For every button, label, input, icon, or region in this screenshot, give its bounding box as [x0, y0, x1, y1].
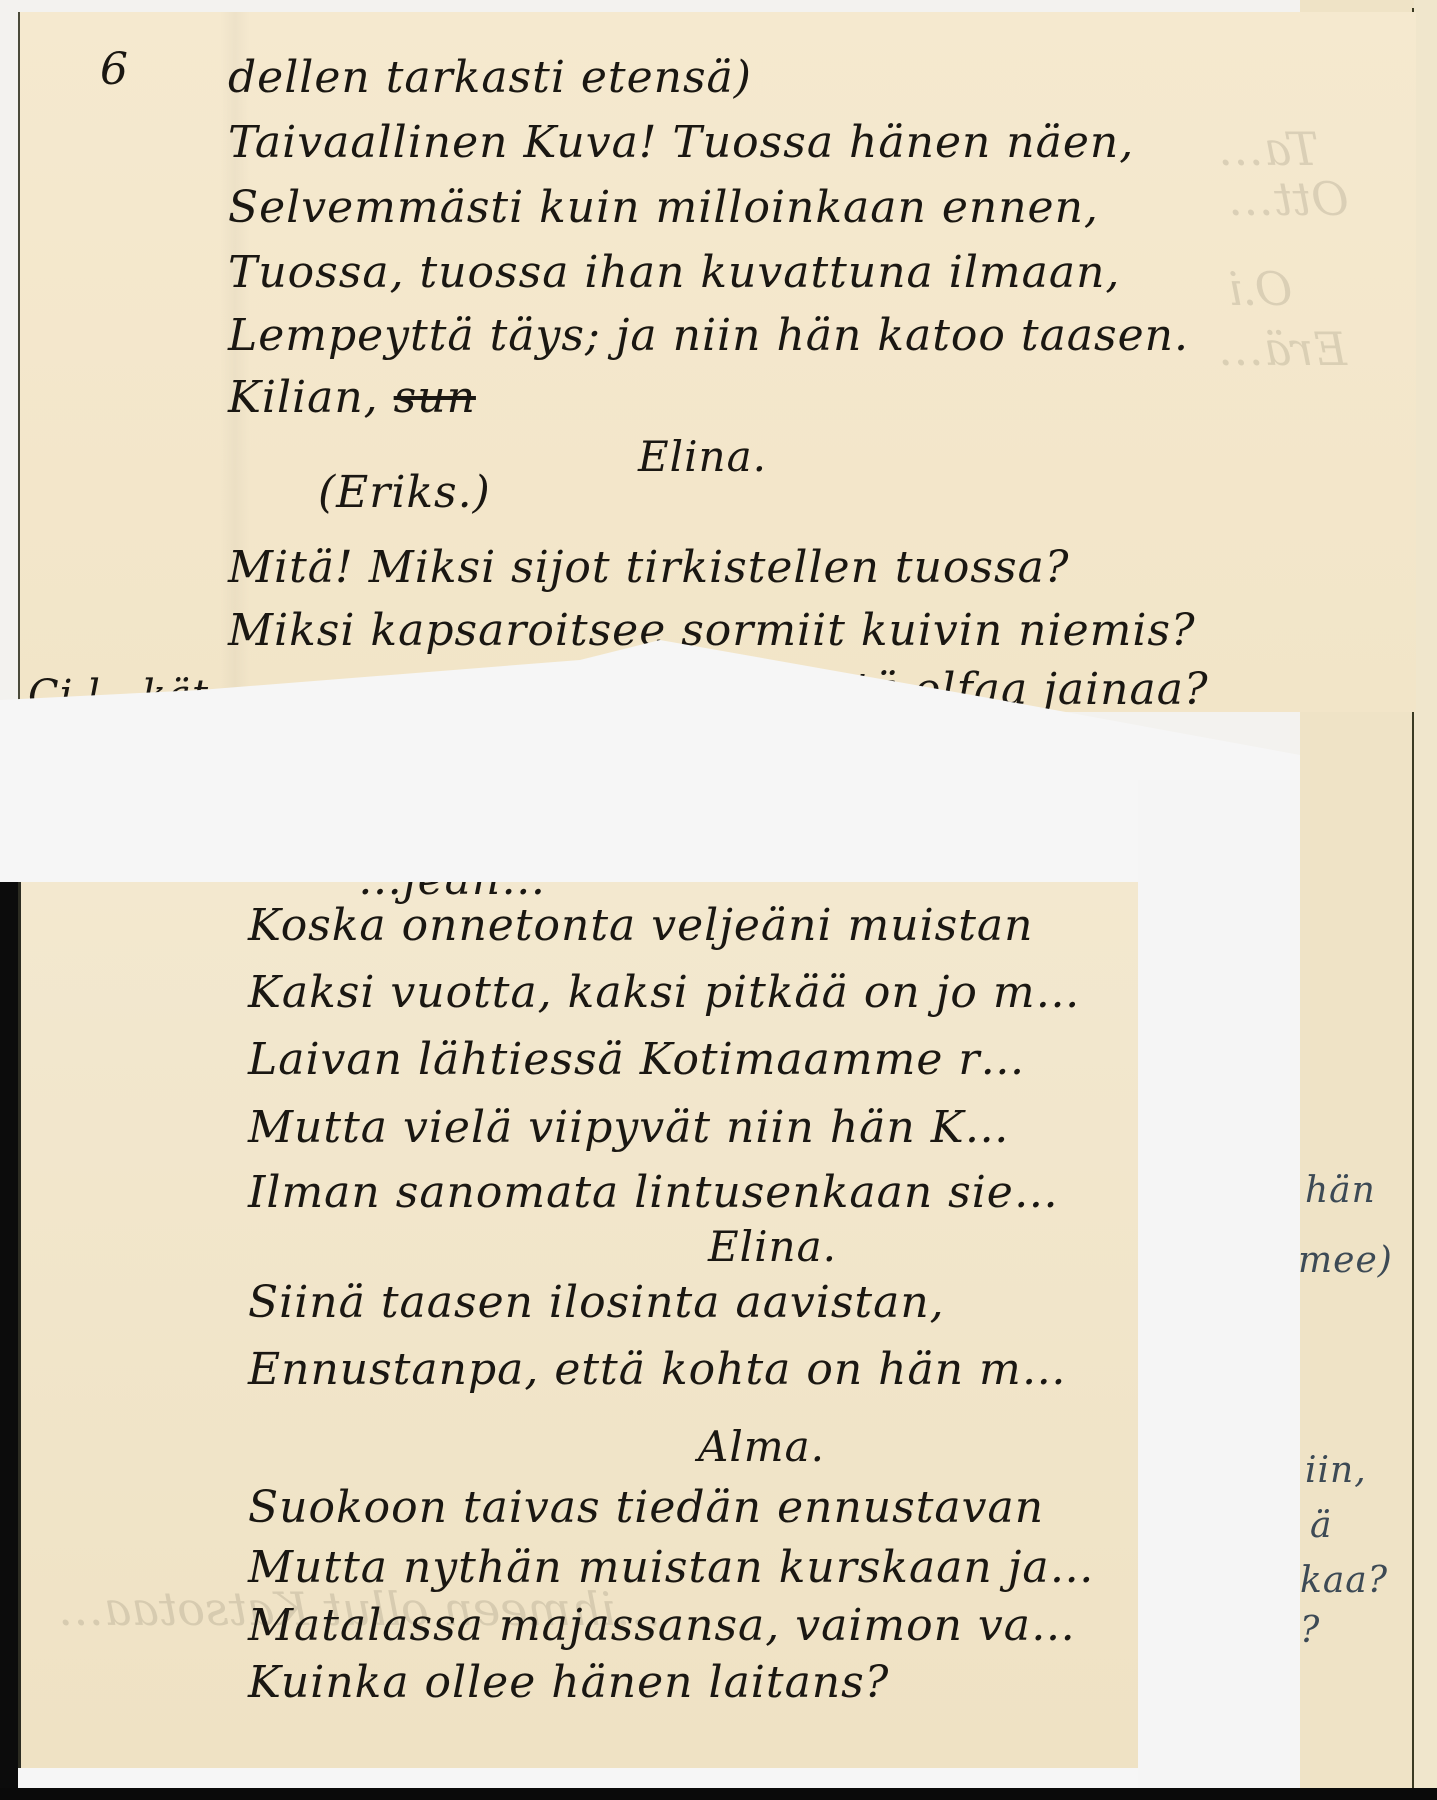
- verse-line: Tuossa, tuossa ihan kuvattuna ilmaan,: [228, 247, 1120, 298]
- verse-line: Matalassa majassansa, vaimon va…: [248, 1600, 1076, 1651]
- bleed-through-text: Ott…: [1228, 172, 1349, 226]
- verse-line: Ilman sanomata lintusenkaan sie…: [248, 1167, 1059, 1218]
- verse-line: Siinä taasen ilosinta aavistan,: [248, 1277, 945, 1328]
- scan-left-border: [0, 882, 18, 1800]
- verse-line: Mutta vielä viipyvät niin hän K…: [248, 1102, 1010, 1153]
- verse-line: Mutta nythän muistan kurskaan ja…: [248, 1542, 1095, 1593]
- stage-direction: (Eriks.): [318, 467, 491, 518]
- bottom-sheet-content: …ihmeen ollut Katsotaa… …jean… Koska onn…: [18, 882, 1138, 1768]
- verse-line: Miksi kapsaroitsee sormiit kuivin niemis…: [228, 605, 1196, 656]
- speaker-name: Alma.: [698, 1422, 825, 1471]
- fragment-text: kaa?: [1300, 1560, 1388, 1601]
- bleed-through-text: O.i: [1228, 262, 1292, 316]
- bleed-through-text: Erä…: [1218, 322, 1347, 376]
- verse-line: Lempeyttä täys; ja niin hän katoo taasen…: [228, 310, 1189, 361]
- fragment-text: iin,: [1305, 1450, 1367, 1491]
- verse-text: [491, 372, 506, 423]
- verse-line: Koska onnetonta veljeäni muistan: [248, 900, 1034, 951]
- fragment-text: mee): [1298, 1240, 1393, 1281]
- verse-line: Ennustanpa, että kohta on hän m…: [248, 1344, 1067, 1395]
- bleed-through-text: Ta…: [1218, 122, 1319, 176]
- fragment-text: hän: [1305, 1170, 1376, 1211]
- fragment-text: ?: [1300, 1610, 1320, 1651]
- verse-line: Selvemmästi kuin milloinkaan ennen,: [228, 182, 1099, 233]
- page-edge: [1414, 0, 1437, 1800]
- verse-line: Kuinka ollee hänen laitans?: [248, 1657, 889, 1708]
- verse-line: Laivan lähtiessä Kotimaamme r…: [248, 1034, 1025, 1085]
- verse-line: Taivaallinen Kuva! Tuossa hänen näen,: [228, 117, 1134, 168]
- verse-line: dellen tarkasti etensä): [228, 52, 752, 103]
- white-paper-strip: [1138, 780, 1300, 1788]
- verse-line-with-correction: Kilian, sun: [228, 372, 506, 423]
- page-number: 6: [100, 44, 129, 95]
- verse-line: Kaksi vuotta, kaksi pitkää on jo m…: [248, 967, 1081, 1018]
- speaker-name: Elina.: [708, 1222, 837, 1271]
- verse-line: Mitä! Miksi sijot tirkistellen tuossa?: [228, 542, 1069, 593]
- verse-line: Suokoon taivas tiedän ennustavan: [248, 1482, 1044, 1533]
- scan-bottom-border: [0, 1788, 1437, 1800]
- struck-word: sun: [394, 372, 476, 423]
- speaker-name: Elina.: [638, 432, 767, 481]
- fragment-text: ä: [1310, 1505, 1332, 1546]
- verse-text: Kilian,: [228, 372, 379, 423]
- top-sheet-content: Ta… Ott… O.i Erä… 6 dellen tarkasti eten…: [18, 12, 1414, 712]
